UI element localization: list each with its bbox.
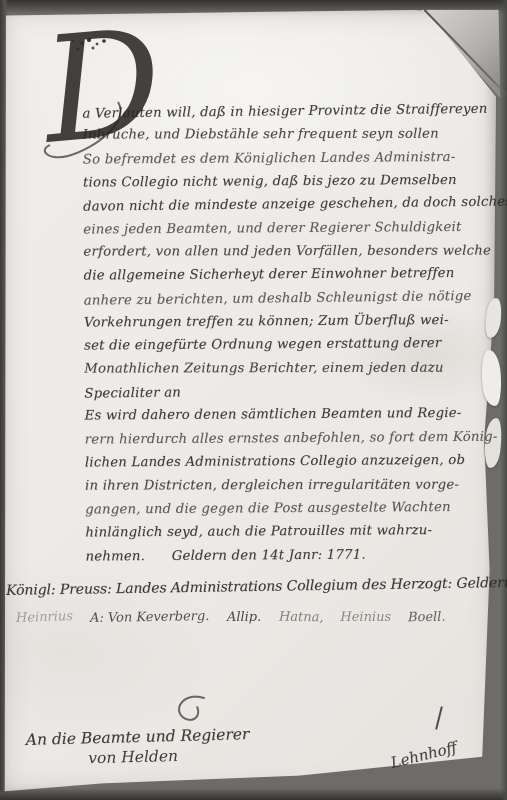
body-line-dateline: nehmen. Geldern den 14t Janr: 1771. xyxy=(85,546,507,572)
body-line: lichen Landes Administrations Collegio a… xyxy=(85,453,507,479)
address-block: An die Beamte und Regierer von Helden xyxy=(26,725,251,769)
body-line: Inbrüche, und Diebstähle sehr frequent s… xyxy=(83,127,507,151)
signature: Hatna, xyxy=(278,610,323,626)
signature: Boell. xyxy=(408,610,446,626)
body-line: gangen, und die gegen die Post ausgestel… xyxy=(85,499,507,525)
body-line: in ihren Districten, dergleichen irregul… xyxy=(85,477,507,501)
body-line: rern hierdurch alles ernstes anbefohlen,… xyxy=(85,429,507,455)
body-line: Vorkehrungen treffen zu können; Zum Über… xyxy=(84,313,507,339)
signature: A: Von Keverberg. xyxy=(90,609,210,626)
scanned-document-page: { "colors": { "background": "#6d6c6a", "… xyxy=(0,0,507,800)
body-line: eines jeden Beamten, und derer Regierer … xyxy=(83,219,507,245)
letter-body: a Verlauten will, daß in hiesiger Provin… xyxy=(82,103,507,573)
body-line: erfordert, von allen und jeden Vorfällen… xyxy=(83,244,507,268)
body-line: So befremdet es dem Königlichen Landes A… xyxy=(83,149,507,175)
signature: Heinius xyxy=(340,610,391,625)
signature: Heinrius xyxy=(16,609,73,626)
body-line: hinlänglich seyd, auch die Patrouilles m… xyxy=(85,523,507,549)
signature-row: Heinrius A: Von Keverberg. Allip. Hatna,… xyxy=(16,610,446,625)
body-line: Es wird dahero denen sämtlichen Beamten … xyxy=(84,406,507,432)
scan-edge-bottom xyxy=(0,788,507,800)
body-line: Monathlichen Zeitungs Berichter, einem j… xyxy=(84,360,507,384)
body-line: set die eingefürte Ordnung wegen erstatt… xyxy=(84,336,507,362)
signature: Allip. xyxy=(227,610,261,625)
